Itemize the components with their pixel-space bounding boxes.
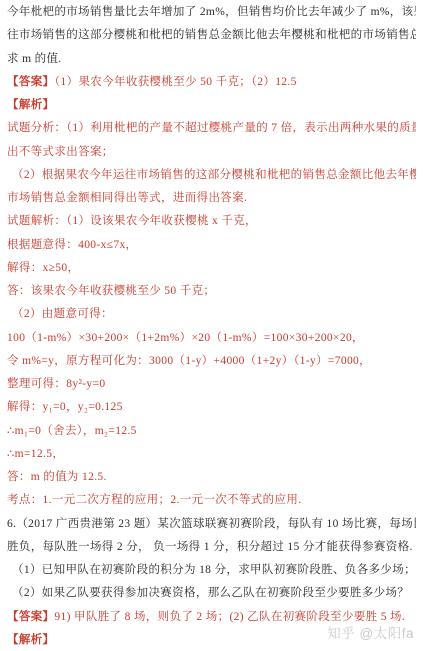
answer-label: 【答案】 bbox=[7, 611, 54, 623]
solution5-line: 解得：y₁=0，y₂=0.125 bbox=[7, 396, 416, 419]
solution5-equation-line: 令 m%=y，原方程可化为：3000（1-y）+4000（1+2y）（1-y）=… bbox=[7, 350, 416, 373]
answer5-line: 【答案】（1）果农今年收获樱桃至少 50 千克；（2）12.5 bbox=[7, 71, 416, 94]
problem6-text-line: 6.（2017 广西贵港第 23 题）某次篮球联赛初赛阶段，每队有 10 场比赛… bbox=[7, 513, 416, 536]
analysis5-text-line: 市场销售总金额相同得出等式，进而得出答案. bbox=[7, 187, 416, 210]
solution5-line: （2）由题意可得： bbox=[7, 303, 416, 326]
solution5-line: ∴m=12.5， bbox=[7, 443, 416, 466]
analysis5-text-line: 试题分析：（1）利用枇杷的产量不超过樱桃产量的 7 倍，表示出两种水果的质量，进… bbox=[7, 117, 416, 140]
solution5-equation-line: 整理可得：8y²-y=0 bbox=[7, 373, 416, 396]
solution5-line: 答：m 的值为 12.5. bbox=[7, 466, 416, 489]
solution5-equation-line: 100（1-m%）×30+200×（1+2m%）×20（1-m%）=100×30… bbox=[7, 327, 416, 350]
exam-points-line: 考点：1.一元二次方程的应用；2.一元一次不等式的应用. bbox=[7, 489, 416, 512]
problem5-text-line: 今年枇杷的市场销售量比去年增加了 2m%，但销售均价比去年减少了 m%，该果农今… bbox=[7, 1, 416, 24]
solution5-line: 答：该果农今年收获樱桃至少 50 千克； bbox=[7, 280, 416, 303]
analysis-label: 【解析】 bbox=[7, 634, 54, 646]
problem5-text-line: 求 m 的值. bbox=[7, 48, 416, 71]
solution5-line: 解得：x≥50， bbox=[7, 257, 416, 280]
answer6-text: 91) 甲队胜了 8 场，则负了 2 场；(2) 乙队在初赛阶段至少要胜 5 场… bbox=[54, 611, 405, 623]
solution5-line: ∴m₁=0（舍去），m₂=12.5 bbox=[7, 420, 416, 443]
analysis5-label-line: 【解析】 bbox=[7, 94, 416, 117]
answer-label: 【答案】 bbox=[7, 76, 54, 88]
zhihu-watermark: 知乎 @太阳fa bbox=[327, 622, 414, 642]
problem6-text-line: 胜负，每队胜一场得 2 分， 负一场得 1 分，积分超过 15 分才能获得参赛资… bbox=[7, 536, 416, 559]
analysis5-text-line: 出不等式求出答案； bbox=[7, 141, 416, 164]
math-worksheet-page: 今年枇杷的市场销售量比去年增加了 2m%，但销售均价比去年减少了 m%，该果农今… bbox=[0, 0, 423, 651]
solution5-line: 根据题意得：400-x≤7x， bbox=[7, 234, 416, 257]
answer5-text: （1）果农今年收获樱桃至少 50 千克；（2）12.5 bbox=[54, 76, 296, 88]
problem6-text-line: （2）如果乙队要获得参加决赛资格，那么乙队在初赛阶段至少要胜多少场？ bbox=[7, 582, 416, 605]
problem6-text-line: （1）已知甲队在初赛阶段的积分为 18 分，求甲队初赛阶段胜、负各多少场； bbox=[7, 559, 416, 582]
analysis-label: 【解析】 bbox=[7, 99, 54, 111]
solution5-line: 试题解析：（1）设该果农今年收获樱桃 x 千克， bbox=[7, 210, 416, 233]
problem5-text-line: 往市场销售的这部分樱桃和枇杷的销售总金额比他去年樱桃和枇杷的市场销售总金额相同， bbox=[7, 24, 416, 47]
analysis5-text-line: （2）根据果农今年运往市场销售的这部分樱桃和枇杷的销售总金额比他去年樱桃和枇杷的 bbox=[7, 164, 416, 187]
